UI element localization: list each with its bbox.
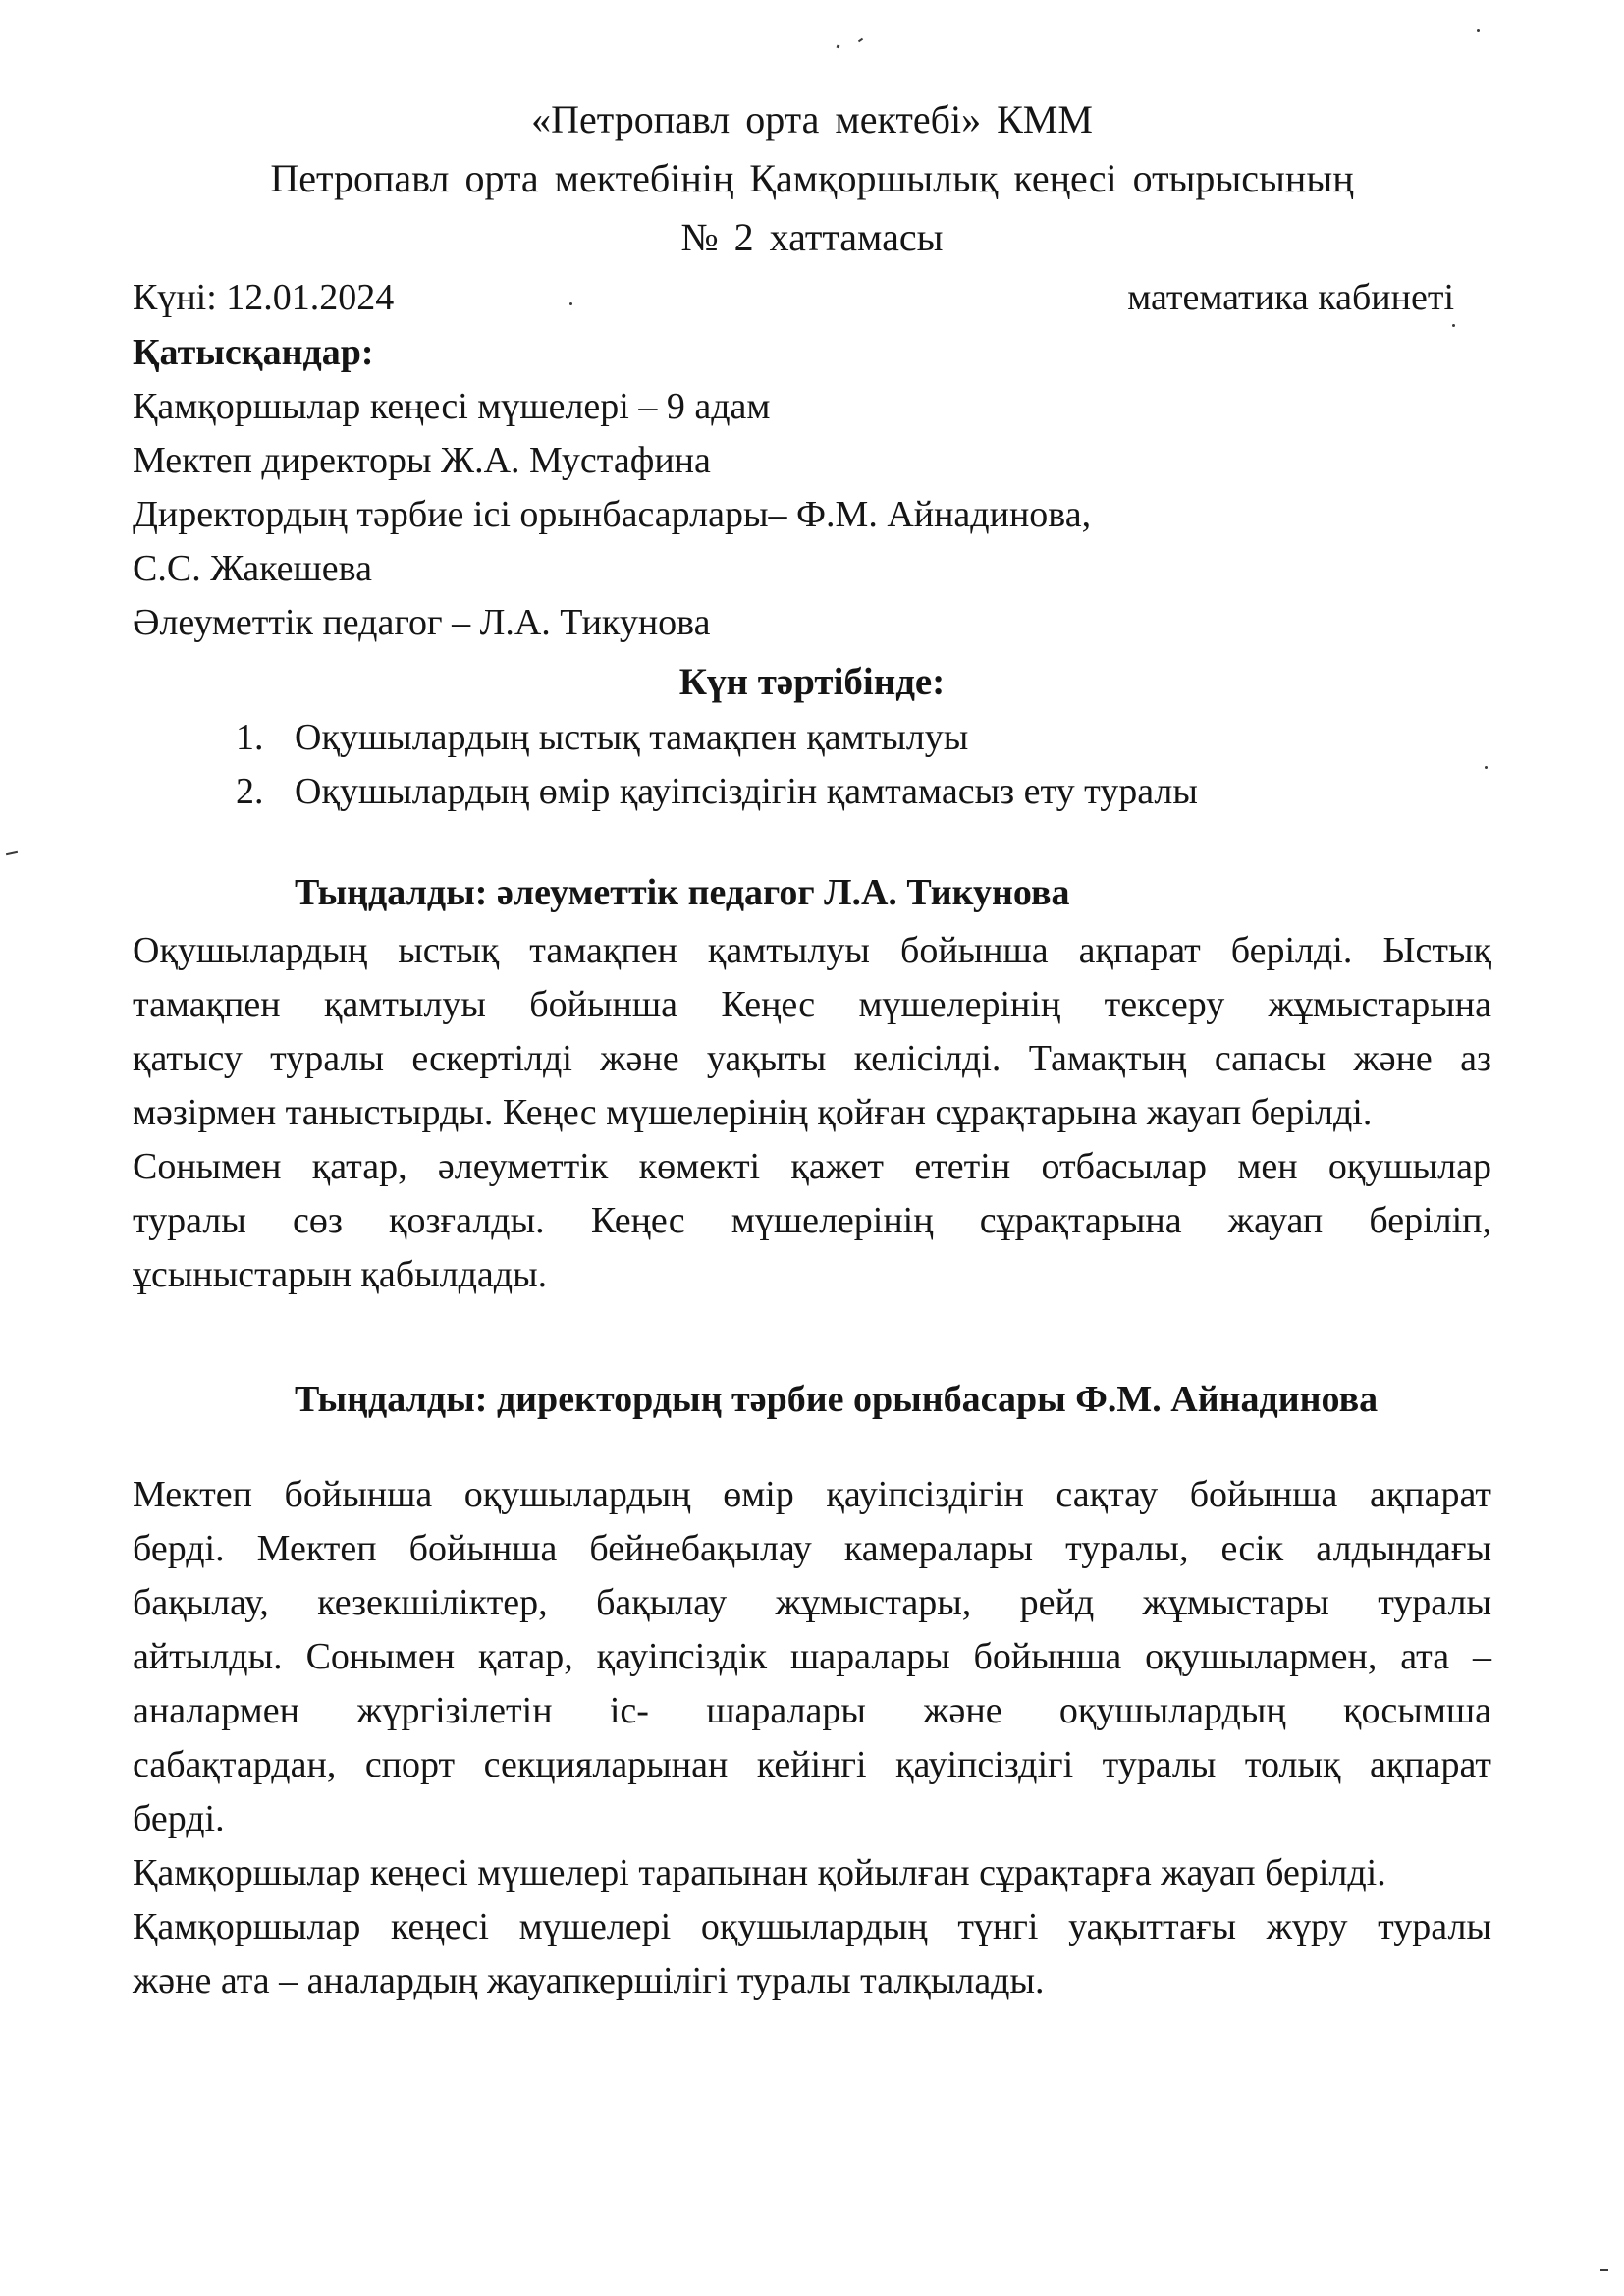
participant-line: Қамқоршылар кеңесі мүшелері – 9 адам: [133, 380, 1491, 434]
agenda-list: 1. Оқушылардың ыстық тамақпен қамтылуы 2…: [133, 711, 1491, 819]
section-2-paragraph-1: Мектеп бойынша оқушылардың өмір қауіпсіз…: [133, 1468, 1491, 1846]
agenda-item: 2. Оқушылардың өмір қауіпсіздігін қамтам…: [236, 765, 1491, 819]
scanned-document-page: «Петропавл орта мектебі» КММ Петропавл о…: [0, 0, 1624, 2296]
paragraph-line: сабақтардан, спорт секцияларынан кейінгі…: [133, 1738, 1491, 1792]
paragraph-line: Қамқоршылар кеңесі мүшелері тарапынан қо…: [133, 1846, 1491, 1900]
protocol-number-line: № 2 хаттамасы: [133, 208, 1491, 267]
agenda-item-text: Оқушылардың өмір қауіпсіздігін қамтамасы…: [295, 765, 1198, 819]
participant-line: С.С. Жакешева: [133, 542, 1491, 596]
paragraph-line: Оқушылардың ыстық тамақпен қамтылуы бойы…: [133, 924, 1491, 978]
paragraph-line: тамақпен қамтылуы бойынша Кеңес мүшелері…: [133, 978, 1491, 1032]
paragraph-line: бақылау, кезекшіліктер, бақылау жұмыстар…: [133, 1576, 1491, 1630]
scan-noise-mark: [6, 851, 18, 855]
paragraph-line: берді.: [133, 1792, 1491, 1846]
agenda-item-text: Оқушылардың ыстық тамақпен қамтылуы: [295, 711, 968, 765]
section-1-paragraph-2: Сонымен қатар, әлеуметтік көмекті қажет …: [133, 1140, 1491, 1302]
scan-noise-mark: [837, 45, 840, 49]
scan-noise-mark: [858, 38, 863, 43]
paragraph-line: қатысу туралы ескертілді және уақыты кел…: [133, 1032, 1491, 1086]
section-2-paragraph-2: Қамқоршылар кеңесі мүшелері тарапынан қо…: [133, 1846, 1491, 1900]
document-content: «Петропавл орта мектебі» КММ Петропавл о…: [133, 90, 1491, 2008]
scan-noise-mark: [1600, 2269, 1608, 2271]
paragraph-line: туралы сөз қозғалды. Кеңес мүшелерінің с…: [133, 1194, 1491, 1248]
meeting-date: Күні: 12.01.2024: [133, 269, 394, 326]
paragraph-line: Қамқоршылар кеңесі мүшелері оқушылардың …: [133, 1900, 1491, 1954]
agenda-heading: Күн тәртібінде:: [133, 654, 1491, 711]
meeting-location: математика кабинеті: [1127, 269, 1454, 326]
participant-line: Директордың тәрбие ісі орынбасарлары– Ф.…: [133, 488, 1491, 542]
meta-row: Күні: 12.01.2024 математика кабинеті: [133, 269, 1491, 326]
paragraph-line: ұсыныстарын қабылдады.: [133, 1248, 1491, 1302]
agenda-item-number: 1.: [236, 711, 295, 765]
paragraph-line: және ата – аналардың жауапкершілігі тура…: [133, 1954, 1491, 2008]
paragraph-line: Мектеп бойынша оқушылардың өмір қауіпсіз…: [133, 1468, 1491, 1522]
section-heading-heard-1: Тыңдалды: әлеуметтік педагог Л.А. Тикуно…: [133, 866, 1491, 920]
paragraph-line: Сонымен қатар, әлеуметтік көмекті қажет …: [133, 1140, 1491, 1194]
participant-line: Мектеп директоры Ж.А. Мустафина: [133, 434, 1491, 488]
section-heading-heard-2: Тыңдалды: директордың тәрбие орынбасары …: [133, 1373, 1491, 1427]
agenda-item-number: 2.: [236, 765, 295, 819]
paragraph-line: айтылды. Сонымен қатар, қауіпсіздік шара…: [133, 1630, 1491, 1684]
agenda-item: 1. Оқушылардың ыстық тамақпен қамтылуы: [236, 711, 1491, 765]
paragraph-line: берді. Мектеп бойынша бейнебақылау камер…: [133, 1522, 1491, 1576]
org-name-line: «Петропавл орта мектебі» КММ: [133, 90, 1491, 149]
document-title-line: Петропавл орта мектебінің Қамқоршылық ке…: [133, 149, 1491, 208]
paragraph-line: мәзірмен таныстырды. Кеңес мүшелерінің қ…: [133, 1086, 1491, 1140]
section-1-paragraph-1: Оқушылардың ыстық тамақпен қамтылуы бойы…: [133, 924, 1491, 1140]
participants-heading: Қатысқандар:: [133, 326, 1491, 380]
paragraph-line: аналармен жүргізілетін іс- шаралары және…: [133, 1684, 1491, 1738]
section-2-paragraph-3: Қамқоршылар кеңесі мүшелері оқушылардың …: [133, 1900, 1491, 2008]
participant-line: Әлеуметтік педагог – Л.А. Тикунова: [133, 596, 1491, 650]
scan-noise-mark: [1477, 29, 1480, 32]
